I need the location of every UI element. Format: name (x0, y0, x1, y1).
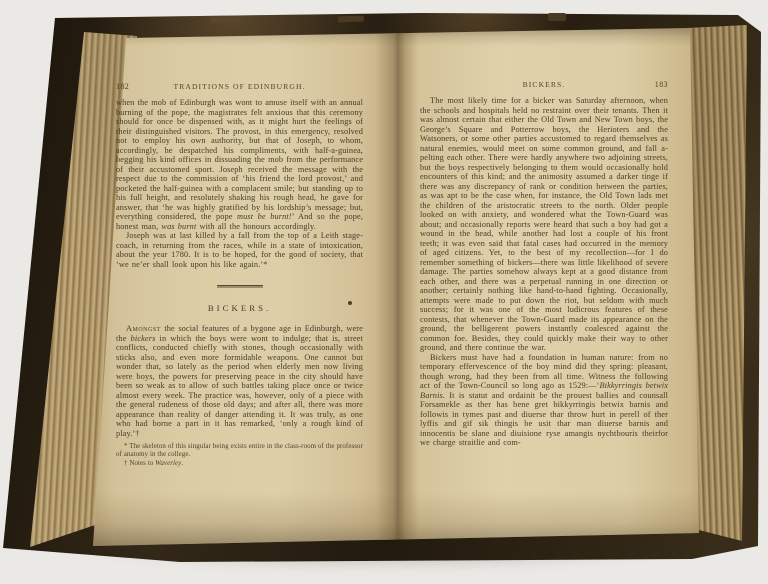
footnotes: * The skeleton of this singular being ex… (116, 443, 363, 468)
left-running-title: TRADITIONS OF EDINBURGH. (150, 82, 329, 91)
right-page-number: 183 (634, 80, 668, 89)
paragraph: Amongst the social features of a bygone … (116, 324, 363, 438)
binding-wear-mark (548, 13, 566, 21)
right-running-title: BICKERS. (454, 80, 634, 89)
right-page-text: BICKERS. 183 The most likely time for a … (420, 80, 668, 448)
right-running-head: BICKERS. 183 (420, 80, 668, 89)
section-heading: BICKERS. (116, 303, 363, 313)
left-running-head: 182 TRADITIONS OF EDINBURGH. (116, 82, 363, 91)
paragraph: when the mob of Edinburgh was wont to am… (116, 98, 363, 231)
gutter-shadow (376, 20, 418, 550)
paragraph: Joseph was at last killed by a fall from… (116, 231, 363, 269)
book-photo: 182 TRADITIONS OF EDINBURGH. when the mo… (0, 0, 768, 584)
section-divider (217, 285, 263, 288)
paragraph: The most likely time for a bicker was Sa… (420, 96, 668, 353)
binding-wear-mark (338, 16, 364, 23)
ink-spot (348, 301, 352, 305)
left-page-text: 182 TRADITIONS OF EDINBURGH. when the mo… (116, 82, 363, 468)
footnote: * The skeleton of this singular being ex… (116, 443, 363, 460)
page-edge-mark (482, 551, 492, 554)
footnote: † Notes to Waverley. (116, 460, 363, 468)
binding-wear-mark (210, 18, 240, 23)
paragraph: Bickers must have had a foundation in hu… (420, 353, 668, 448)
left-page-number: 182 (116, 82, 150, 91)
